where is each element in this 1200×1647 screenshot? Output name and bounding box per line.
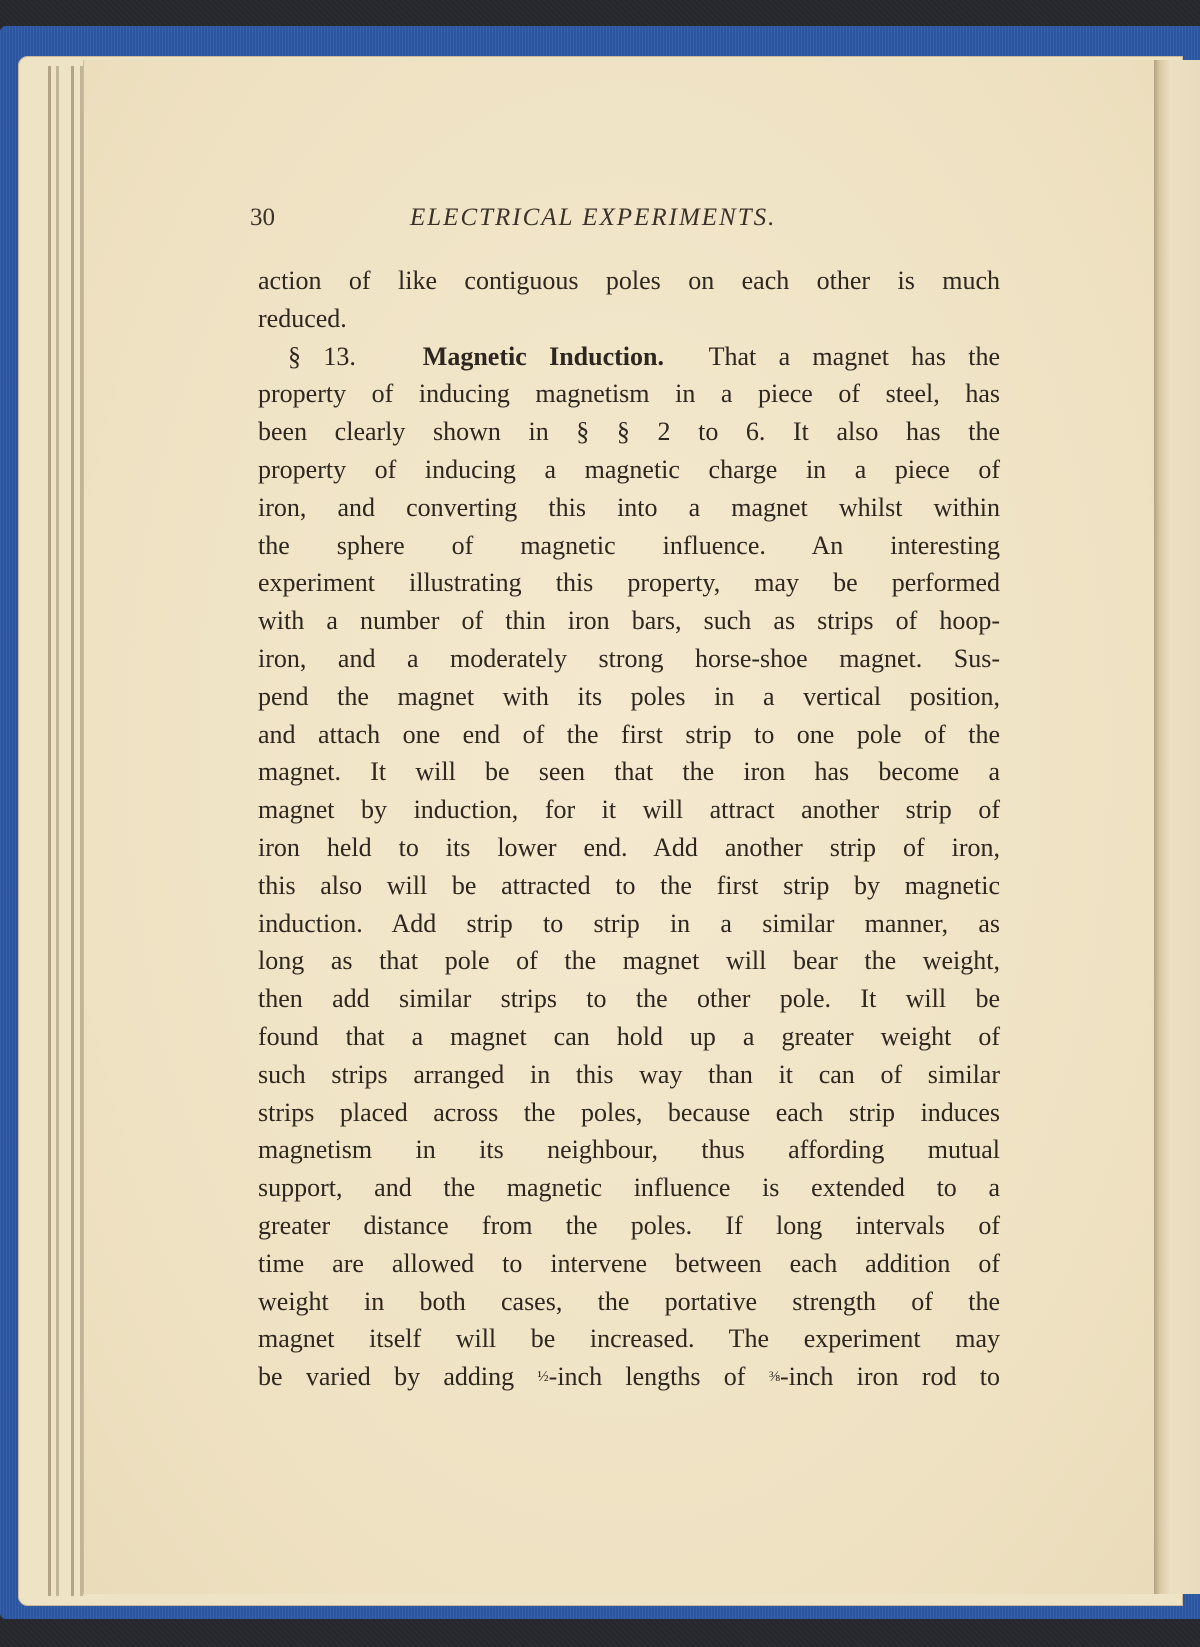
section-heading: Magnetic Induction. xyxy=(423,342,664,371)
section-text: That a magnet has the xyxy=(709,342,1000,371)
text-line: then add similar strips to the other pol… xyxy=(258,980,1000,1018)
text-line: property of inducing magnetism in a piec… xyxy=(258,375,1000,413)
text-line: time are allowed to intervene between ea… xyxy=(258,1245,1000,1283)
page-edge-line xyxy=(71,66,74,1596)
text-line: greater distance from the poles. If long… xyxy=(258,1207,1000,1245)
text-fragment: -inch lengths of xyxy=(549,1362,769,1391)
facing-page-edge xyxy=(1154,60,1200,1594)
text-line: pend the magnet with its poles in a vert… xyxy=(258,678,1000,716)
text-line: iron, and a moderately strong horse-shoe… xyxy=(258,640,1000,678)
text-line: weight in both cases, the portative stre… xyxy=(258,1283,1000,1321)
text-fragment: -inch iron rod to xyxy=(780,1362,1000,1391)
body-text: action of like contiguous poles on each … xyxy=(258,262,1000,1396)
text-line: action of like contiguous poles on each … xyxy=(258,262,1000,300)
page-edge-line xyxy=(56,66,59,1596)
section-heading-line: § 13. Magnetic Induction. That a magnet … xyxy=(258,338,1000,376)
text-line: iron held to its lower end. Add another … xyxy=(258,829,1000,867)
running-title: ELECTRICAL EXPERIMENTS. xyxy=(410,204,776,232)
page-number: 30 xyxy=(250,204,275,232)
text-line: iron, and converting this into a magnet … xyxy=(258,489,1000,527)
text-line: property of inducing a magnetic charge i… xyxy=(258,451,1000,489)
text-line: with a number of thin iron bars, such as… xyxy=(258,602,1000,640)
fraction-three-eighths: ⅜ xyxy=(769,1369,780,1385)
text-line: and attach one end of the first strip to… xyxy=(258,716,1000,754)
text-line: such strips arranged in this way than it… xyxy=(258,1056,1000,1094)
section-number: § 13. xyxy=(288,342,356,371)
text-line: long as that pole of the magnet will bea… xyxy=(258,942,1000,980)
text-line: the sphere of magnetic influence. An int… xyxy=(258,527,1000,565)
text-line: magnet by induction, for it will attract… xyxy=(258,791,1000,829)
text-line: been clearly shown in § § 2 to 6. It als… xyxy=(258,413,1000,451)
text-line: found that a magnet can hold up a greate… xyxy=(258,1018,1000,1056)
running-head: 30 ELECTRICAL EXPERIMENTS. xyxy=(250,204,870,238)
text-line: reduced. xyxy=(258,300,1000,338)
text-line: strips placed across the poles, because … xyxy=(258,1094,1000,1132)
text-line: induction. Add strip to strip in a simil… xyxy=(258,905,1000,943)
text-line: experiment illustrating this property, m… xyxy=(258,564,1000,602)
text-line: magnetism in its neighbour, thus affordi… xyxy=(258,1131,1000,1169)
page-edge-line xyxy=(48,66,51,1596)
text-line: magnet itself will be increased. The exp… xyxy=(258,1320,1000,1358)
text-line: support, and the magnetic influence is e… xyxy=(258,1169,1000,1207)
text-line: magnet. It will be seen that the iron ha… xyxy=(258,753,1000,791)
fraction-half: ½ xyxy=(537,1369,548,1385)
page-edge-line xyxy=(80,66,83,1596)
text-fragment: be varied by adding xyxy=(258,1362,537,1391)
text-line: this also will be attracted to the first… xyxy=(258,867,1000,905)
text-line-final: be varied by adding ½-inch lengths of ⅜-… xyxy=(258,1358,1000,1396)
